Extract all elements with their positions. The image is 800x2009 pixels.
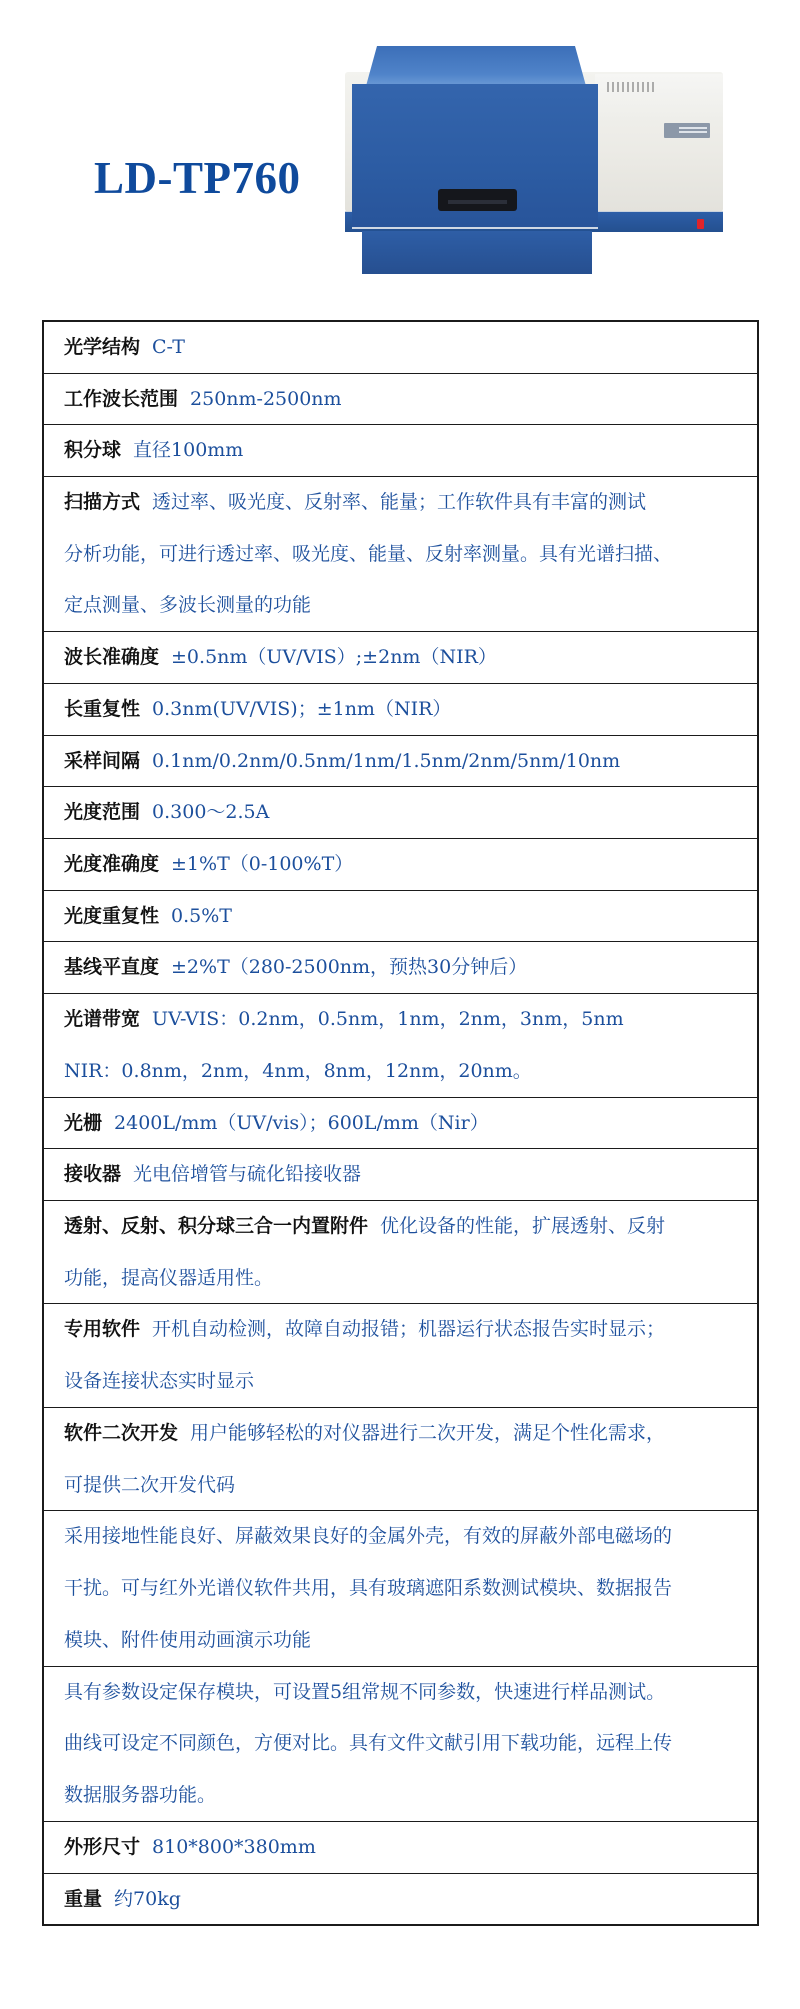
spec-row: 透射、反射、积分球三合一内置附件优化设备的性能，扩展透射、反射功能，提高仪器适用… <box>44 1201 757 1305</box>
spec-row: 重量约70kg <box>44 1874 757 1926</box>
spec-row: 波长准确度±0.5nm（UV/VIS）;±2nm（NIR） <box>44 632 757 684</box>
spec-line: 定点测量、多波长测量的功能 <box>64 580 739 632</box>
spec-value: 干扰。可与红外光谱仪软件共用，具有玻璃遮阳系数测试模块、数据报告 <box>64 1577 672 1599</box>
brand-plate-icon <box>664 123 710 138</box>
spec-value: 透过率、吸光度、反射率、能量；工作软件具有丰富的测试 <box>152 491 646 513</box>
spec-row: 软件二次开发用户能够轻松的对仪器进行二次开发，满足个性化需求，可提供二次开发代码 <box>44 1408 757 1512</box>
spec-line: 接收器光电倍增管与硫化铅接收器 <box>64 1149 739 1201</box>
spec-value: 光电倍增管与硫化铅接收器 <box>133 1163 361 1185</box>
model-title: LD-TP760 <box>94 156 301 201</box>
spec-row: 采样间隔0.1nm/0.2nm/0.5nm/1nm/1.5nm/2nm/5nm/… <box>44 736 757 788</box>
spec-value: 开机自动检测，故障自动报错；机器运行状态报告实时显示； <box>152 1318 665 1340</box>
spec-label: 光谱带宽 <box>64 1008 140 1030</box>
spec-line: 工作波长范围250nm-2500nm <box>64 374 739 426</box>
spec-line: 曲线可设定不同颜色，方便对比。具有文件文献引用下载功能，远程上传 <box>64 1718 739 1770</box>
spec-value: 定点测量、多波长测量的功能 <box>64 594 311 616</box>
spec-row: 光度重复性0.5%T <box>44 891 757 943</box>
spec-value: 0.1nm/0.2nm/0.5nm/1nm/1.5nm/2nm/5nm/10nm <box>152 750 620 772</box>
spec-label: 工作波长范围 <box>64 388 178 410</box>
product-header: LD-TP760 <box>0 0 800 300</box>
spec-label: 重量 <box>64 1888 102 1910</box>
spec-value: 功能，提高仪器适用性。 <box>64 1267 273 1289</box>
spec-value: ±0.5nm（UV/VIS）;±2nm（NIR） <box>171 646 497 668</box>
spec-value: 810*800*380mm <box>152 1836 316 1858</box>
spec-line: 专用软件开机自动检测，故障自动报错；机器运行状态报告实时显示； <box>64 1304 739 1356</box>
spec-line: 扫描方式透过率、吸光度、反射率、能量；工作软件具有丰富的测试 <box>64 477 739 529</box>
spec-value: 优化设备的性能，扩展透射、反射 <box>380 1215 665 1237</box>
compartment-lid-top <box>366 46 586 86</box>
spec-row: 专用软件开机自动检测，故障自动报错；机器运行状态报告实时显示；设备连接状态实时显… <box>44 1304 757 1408</box>
spec-label: 专用软件 <box>64 1318 140 1340</box>
spec-line: NIR：0.8nm，2nm，4nm，8nm，12nm，20nm。 <box>64 1046 739 1098</box>
spec-row: 长重复性0.3nm(UV/VIS)；±1nm（NIR） <box>44 684 757 736</box>
spec-line: 光学结构C-T <box>64 322 739 374</box>
compartment-drawer <box>362 231 592 274</box>
spec-line: 具有参数设定保存模块，可设置5组常规不同参数，快速进行样品测试。 <box>64 1667 739 1719</box>
spec-value: 设备连接状态实时显示 <box>64 1370 254 1392</box>
spec-value: NIR：0.8nm，2nm，4nm，8nm，12nm，20nm。 <box>64 1060 532 1082</box>
spec-value: 数据服务器功能。 <box>64 1784 216 1806</box>
spec-label: 光学结构 <box>64 336 140 358</box>
spec-line: 光度准确度±1%T（0-100%T） <box>64 839 739 891</box>
spec-value: 具有参数设定保存模块，可设置5组常规不同参数，快速进行样品测试。 <box>64 1681 665 1703</box>
spec-label: 波长准确度 <box>64 646 159 668</box>
spec-row: 具有参数设定保存模块，可设置5组常规不同参数，快速进行样品测试。曲线可设定不同颜… <box>44 1667 757 1822</box>
spec-row: 光谱带宽UV-VIS：0.2nm，0.5nm，1nm，2nm，3nm，5nmNI… <box>44 994 757 1098</box>
spec-value: 分析功能，可进行透过率、吸光度、能量、反射率测量。具有光谱扫描、 <box>64 543 672 565</box>
spec-row: 光度范围0.300～2.5A <box>44 787 757 839</box>
spec-line: 功能，提高仪器适用性。 <box>64 1253 739 1305</box>
spec-label: 长重复性 <box>64 698 140 720</box>
spec-line: 设备连接状态实时显示 <box>64 1356 739 1408</box>
spec-label: 光栅 <box>64 1112 102 1134</box>
spec-row: 接收器光电倍增管与硫化铅接收器 <box>44 1149 757 1201</box>
spec-label: 接收器 <box>64 1163 121 1185</box>
spec-label: 积分球 <box>64 439 121 461</box>
spec-value: UV-VIS：0.2nm，0.5nm，1nm，2nm，3nm，5nm <box>152 1008 624 1030</box>
spec-value: 0.3nm(UV/VIS)；±1nm（NIR） <box>152 698 451 720</box>
spec-value: ±1%T（0-100%T） <box>171 853 353 875</box>
spec-line: 长重复性0.3nm(UV/VIS)；±1nm（NIR） <box>64 684 739 736</box>
spec-value: 0.5%T <box>171 905 232 927</box>
spec-label: 基线平直度 <box>64 956 159 978</box>
spec-label: 光度范围 <box>64 801 140 823</box>
spec-line: 基线平直度±2%T（280-2500nm，预热30分钟后） <box>64 942 739 994</box>
spec-value: 曲线可设定不同颜色，方便对比。具有文件文献引用下载功能，远程上传 <box>64 1732 672 1754</box>
spec-value: 用户能够轻松的对仪器进行二次开发，满足个性化需求， <box>190 1422 665 1444</box>
spec-label: 采样间隔 <box>64 750 140 772</box>
spec-row: 光度准确度±1%T（0-100%T） <box>44 839 757 891</box>
machine-body-top <box>595 74 723 120</box>
spec-line: 光谱带宽UV-VIS：0.2nm，0.5nm，1nm，2nm，3nm，5nm <box>64 994 739 1046</box>
sample-compartment <box>352 46 598 274</box>
spec-line: 可提供二次开发代码 <box>64 1460 739 1512</box>
spec-row: 光学结构C-T <box>44 322 757 374</box>
spec-row: 基线平直度±2%T（280-2500nm，预热30分钟后） <box>44 942 757 994</box>
spec-line: 积分球直径100mm <box>64 425 739 477</box>
spec-value: 模块、附件使用动画演示功能 <box>64 1629 311 1651</box>
spec-value: 250nm-2500nm <box>190 388 342 410</box>
spec-line: 光度重复性0.5%T <box>64 891 739 943</box>
spec-value: 采用接地性能良好、屏蔽效果良好的金属外壳，有效的屏蔽外部电磁场的 <box>64 1525 672 1547</box>
spec-row: 工作波长范围250nm-2500nm <box>44 374 757 426</box>
spec-row: 扫描方式透过率、吸光度、反射率、能量；工作软件具有丰富的测试分析功能，可进行透过… <box>44 477 757 632</box>
spec-label: 光度重复性 <box>64 905 159 927</box>
spec-value: 约70kg <box>114 1888 181 1910</box>
spec-value: C-T <box>152 336 185 358</box>
spec-value: 直径100mm <box>133 439 243 461</box>
handle-icon <box>438 189 517 211</box>
vent-grille-icon <box>607 82 657 92</box>
spec-line: 分析功能，可进行透过率、吸光度、能量、反射率测量。具有光谱扫描、 <box>64 529 739 581</box>
spec-value: 2400L/mm（UV/vis）；600L/mm（Nir） <box>114 1112 489 1134</box>
spec-label: 光度准确度 <box>64 853 159 875</box>
spec-line: 模块、附件使用动画演示功能 <box>64 1615 739 1667</box>
spec-value: ±2%T（280-2500nm，预热30分钟后） <box>171 956 527 978</box>
spec-line: 软件二次开发用户能够轻松的对仪器进行二次开发，满足个性化需求， <box>64 1408 739 1460</box>
spec-value: 0.300～2.5A <box>152 801 269 823</box>
spec-line: 数据服务器功能。 <box>64 1770 739 1822</box>
spec-line: 光栅2400L/mm（UV/vis）；600L/mm（Nir） <box>64 1098 739 1150</box>
spec-line: 采样间隔0.1nm/0.2nm/0.5nm/1nm/1.5nm/2nm/5nm/… <box>64 736 739 788</box>
spec-row: 采用接地性能良好、屏蔽效果良好的金属外壳，有效的屏蔽外部电磁场的干扰。可与红外光… <box>44 1511 757 1666</box>
spec-table: 光学结构C-T工作波长范围250nm-2500nm积分球直径100mm扫描方式透… <box>42 320 759 1926</box>
spec-line: 波长准确度±0.5nm（UV/VIS）;±2nm（NIR） <box>64 632 739 684</box>
product-image <box>345 46 725 276</box>
spec-row: 外形尺寸810*800*380mm <box>44 1822 757 1874</box>
spec-line: 采用接地性能良好、屏蔽效果良好的金属外壳，有效的屏蔽外部电磁场的 <box>64 1511 739 1563</box>
spec-label: 软件二次开发 <box>64 1422 178 1444</box>
power-switch-icon <box>697 219 704 229</box>
spec-line: 干扰。可与红外光谱仪软件共用，具有玻璃遮阳系数测试模块、数据报告 <box>64 1563 739 1615</box>
spec-line: 重量约70kg <box>64 1874 739 1926</box>
spec-label: 外形尺寸 <box>64 1836 140 1858</box>
spec-line: 光度范围0.300～2.5A <box>64 787 739 839</box>
spec-value: 可提供二次开发代码 <box>64 1474 235 1496</box>
spec-row: 光栅2400L/mm（UV/vis）；600L/mm（Nir） <box>44 1098 757 1150</box>
spec-line: 外形尺寸810*800*380mm <box>64 1822 739 1874</box>
spec-label: 扫描方式 <box>64 491 140 513</box>
spec-line: 透射、反射、积分球三合一内置附件优化设备的性能，扩展透射、反射 <box>64 1201 739 1253</box>
spec-row: 积分球直径100mm <box>44 425 757 477</box>
spec-label: 透射、反射、积分球三合一内置附件 <box>64 1215 368 1237</box>
